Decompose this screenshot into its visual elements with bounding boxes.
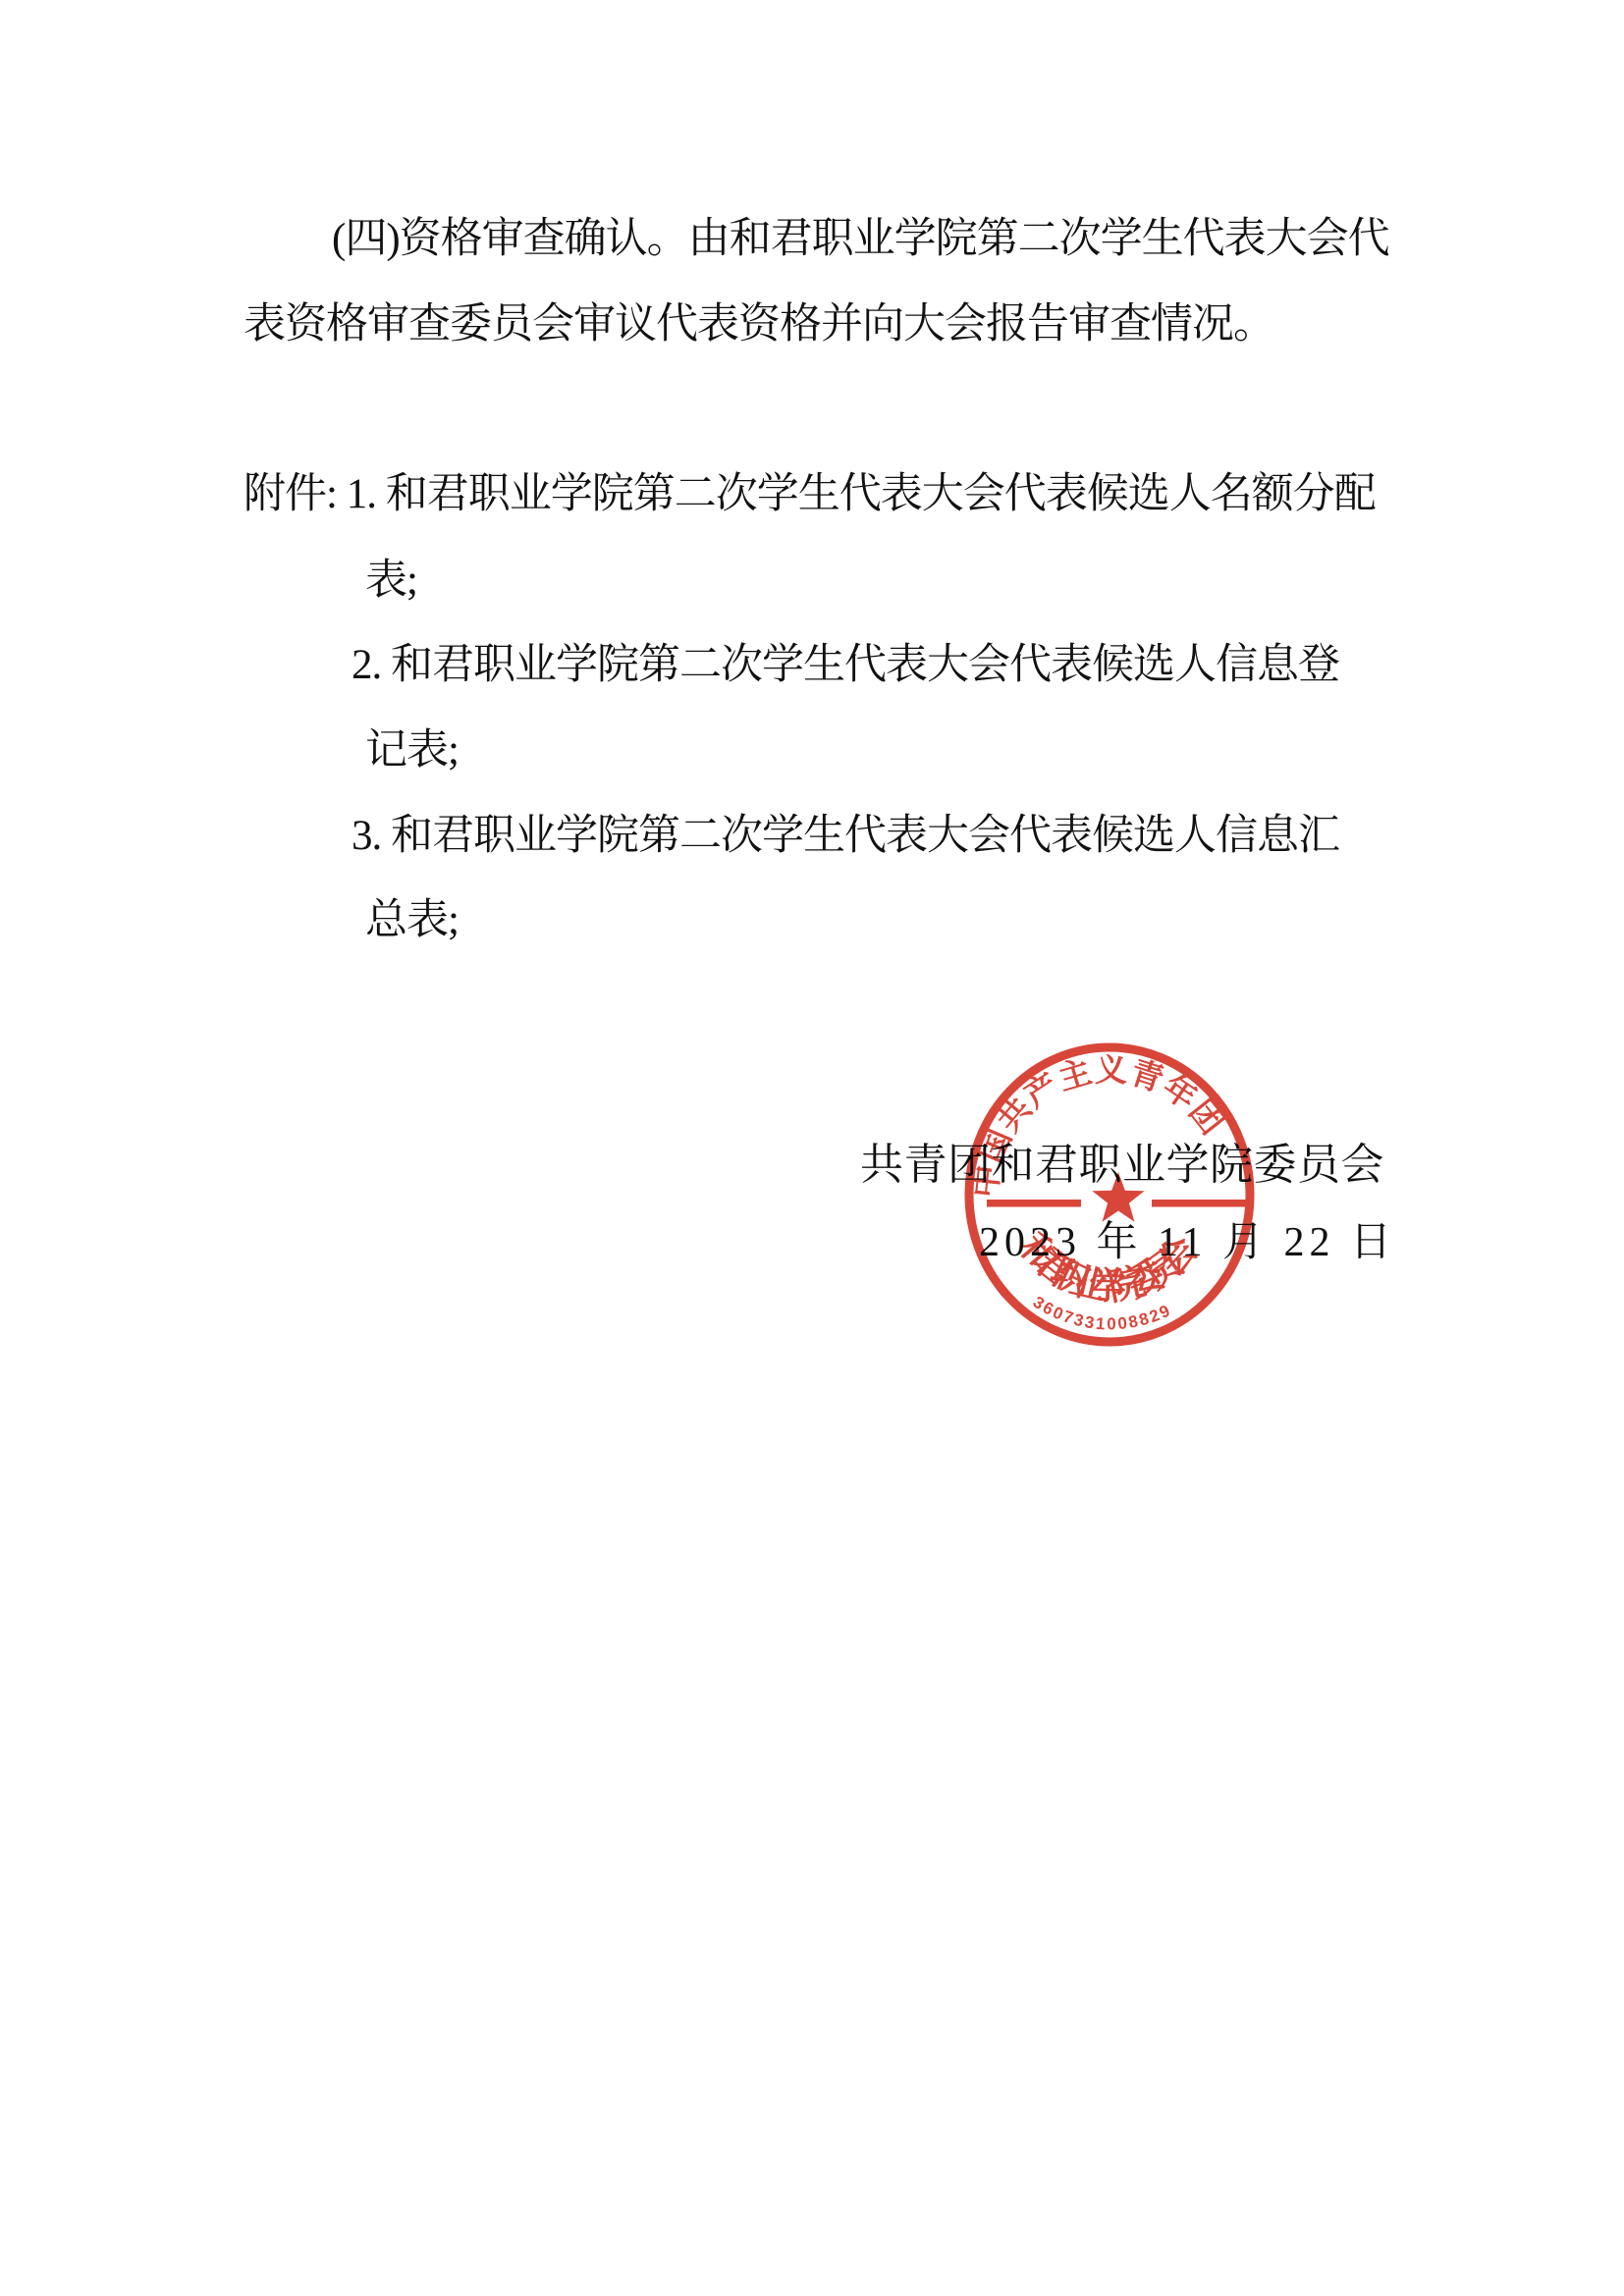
seal-divider-right (1152, 1200, 1246, 1207)
seal-ring-text: 中国共产主义青年团 (966, 1042, 1237, 1222)
attachment-line-1: 附件: 1. 和君职业学院第二次学生代表大会代表候选人名额分配 (244, 471, 1376, 517)
paragraph-line-1: (四)资格审查确认。由和君职业学院第二次学生代表大会代 (332, 216, 1389, 262)
seal-divider-left (987, 1200, 1081, 1207)
seal-serial-container: 3607331008829 (1029, 1292, 1174, 1335)
attachment-line-5: 3. 和君职业学院第二次学生代表大会代表候选人信息汇 (352, 813, 1339, 859)
attachment-line-3: 2. 和君职业学院第二次学生代表大会代表候选人信息登 (352, 642, 1339, 688)
signature-organization: 共青团和君职业学院委员会 (860, 1142, 1384, 1189)
attachment-line-6: 总表; (365, 897, 459, 943)
attachment-line-4: 记表; (365, 727, 459, 774)
seal-serial-number: 3607331008829 (1029, 1292, 1174, 1335)
seal-ring (969, 1047, 1250, 1342)
signature-date: 2023 年 11 月 22 日 (979, 1220, 1396, 1265)
paragraph-line-2: 表资格审查委员会审议代表资格并向大会报告审查情况。 (244, 301, 1274, 347)
document-page: (四)资格审查确认。由和君职业学院第二次学生代表大会代 表资格审查委员会审议代表… (0, 0, 1624, 2296)
seal-ring-text-container: 中国共产主义青年团 (966, 1042, 1237, 1222)
official-seal: 中国共产主义青年团 和君职业学院委员会 3607331008829 (962, 1042, 1257, 1347)
attachment-line-2: 表; (365, 558, 417, 604)
